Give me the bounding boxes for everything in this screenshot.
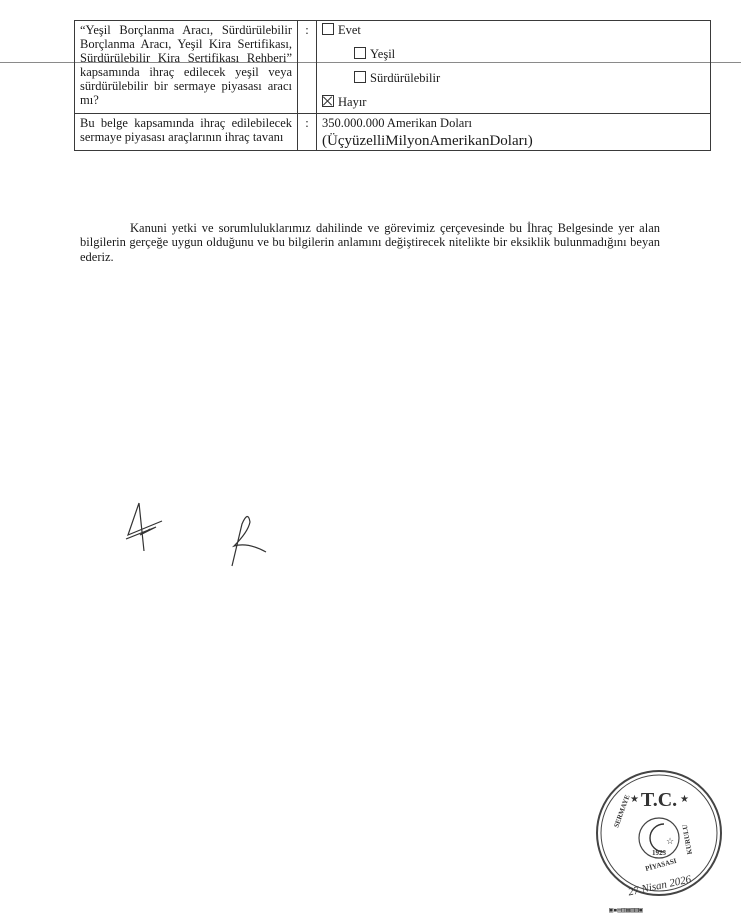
svg-text:☆: ☆ xyxy=(666,836,674,846)
svg-text:1923: 1923 xyxy=(652,849,667,857)
option-evet[interactable]: Evet xyxy=(322,23,705,47)
table-row: “Yeşil Borçlanma Aracı, Sürdürülebilir B… xyxy=(75,21,711,114)
question-cell: Bu belge kapsamında ihraç edilebilecek s… xyxy=(75,114,298,151)
answer-cell: 350.000.000 Amerikan Doları (ÜçyüzelliMi… xyxy=(317,114,711,151)
svg-text:KURULU: KURULU xyxy=(681,824,694,855)
separator: : xyxy=(298,114,317,151)
amount: 350.000.000 Amerikan Doları xyxy=(322,116,472,130)
checkbox-icon[interactable] xyxy=(354,71,366,83)
signature-2 xyxy=(220,510,270,570)
option-surdurulebilir[interactable]: Sürdürülebilir xyxy=(322,71,705,95)
question-cell: “Yeşil Borçlanma Aracı, Sürdürülebilir B… xyxy=(75,21,298,114)
separator: : xyxy=(298,21,317,114)
svg-text:★: ★ xyxy=(680,794,689,805)
svg-text:SERMAYE: SERMAYE xyxy=(612,793,631,828)
option-hayir[interactable]: Hayır xyxy=(322,95,705,111)
svg-text:★: ★ xyxy=(630,794,639,805)
option-yesil[interactable]: Yeşil xyxy=(322,47,705,71)
amount-words: (ÜçyüzelliMilyonAmerikanDoları) xyxy=(322,134,705,148)
official-stamp: T.C. ★ ★ ☆ 1923 SERMAYE PİYASASI KURULU … xyxy=(594,768,724,898)
svg-text:PİYASASI: PİYASASI xyxy=(644,857,677,873)
signature-1 xyxy=(120,495,180,555)
checked-checkbox-icon[interactable] xyxy=(322,95,334,107)
table-row: Bu belge kapsamında ihraç edilebilecek s… xyxy=(75,114,711,151)
declaration-text: Kanuni yetki ve sorumluluklarımız dahili… xyxy=(80,221,660,265)
svg-text:T.C.: T.C. xyxy=(641,789,677,811)
checkbox-icon[interactable] xyxy=(322,23,334,35)
answer-cell: Evet Yeşil Sürdürülebilir Hayır xyxy=(317,21,711,114)
qr-code: ▣▪▤▥▦▧▨▣ xyxy=(609,906,643,914)
checkbox-icon[interactable] xyxy=(354,47,366,59)
info-table: “Yeşil Borçlanma Aracı, Sürdürülebilir B… xyxy=(74,20,711,151)
